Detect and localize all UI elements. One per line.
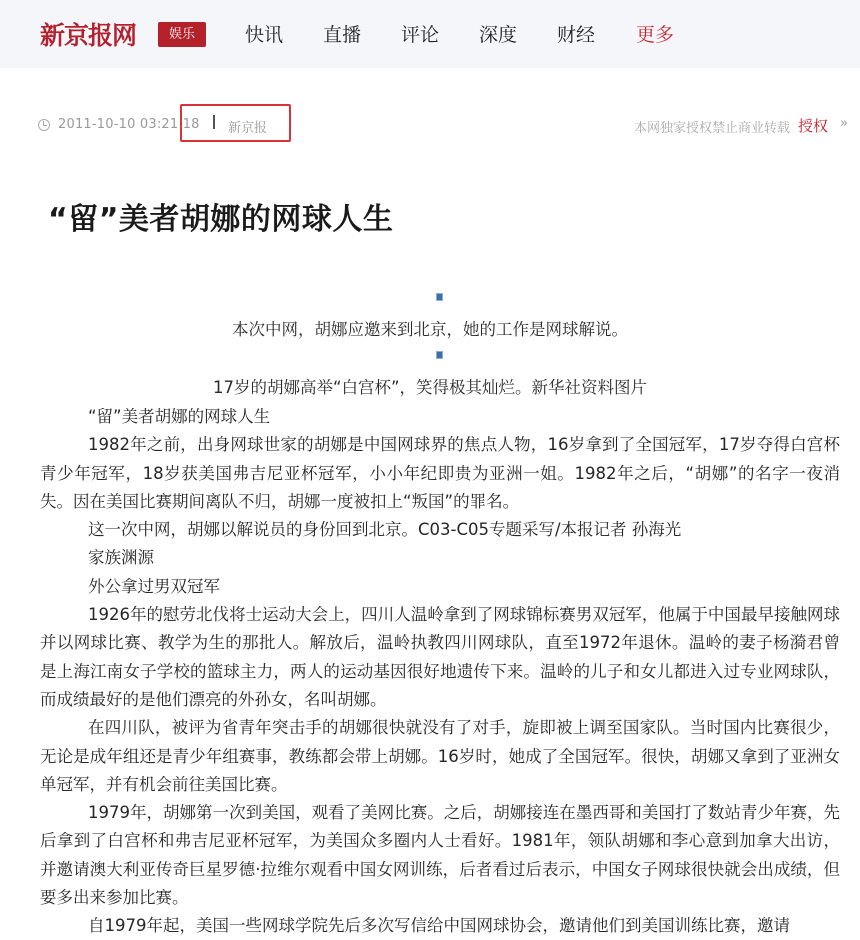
nav-item-shendu[interactable]: 深度 [479,20,517,47]
article-title: “留”美者胡娜的网球人生 [48,194,393,238]
authorize-link[interactable]: 授权 [798,115,828,136]
article-source: 新京报 [228,117,267,136]
nav-item-pinglun[interactable]: 评论 [401,20,439,47]
nav-item-kuaixun[interactable]: 快讯 [245,20,283,47]
paragraph: 在四川队，被评为省青年突击手的胡娜很快就没有了对手，旋即被上调至国家队。当时国内… [40,714,840,799]
image-placeholder-icon[interactable] [436,293,443,301]
article-body: “留”美者胡娜的网球人生 1982年之前，出身网球世家的胡娜是中国网球界的焦点人… [40,403,840,940]
paragraph: 这一次中网，胡娜以解说员的身份回到北京。C03-C05专题采写/本报记者 孙海光 [40,516,840,544]
paragraph: 1926年的慰劳北伐将士运动大会上，四川人温岭拿到了网球锦标赛男双冠军，他属于中… [40,601,840,714]
section-subheading: 外公拿过男双冠军 [40,573,840,601]
clock-icon [38,119,50,131]
paragraph: 1979年，胡娜第一次到美国，观看了美网比赛。之后，胡娜接连在墨西哥和美国打了数… [40,799,840,912]
nav-item-caijing[interactable]: 财经 [557,20,595,47]
nav-item-zhibo[interactable]: 直播 [323,20,361,47]
paragraph: 1982年之前，出身网球世家的胡娜是中国网球界的焦点人物，16岁拿到了全国冠军，… [40,431,840,516]
meta-divider [213,115,215,129]
site-logo[interactable]: 新京报网 [40,16,136,52]
image-caption: 本次中网，胡娜应邀来到北京，她的工作是网球解说。 [0,316,860,340]
paragraph: 自1979年起，美国一些网球学院先后多次写信给中国网球协会，邀请他们到美国训练比… [40,912,840,940]
copyright-note: 本网独家授权禁止商业转载 [634,117,790,136]
section-heading: 家族渊源 [40,544,840,572]
image-caption: 17岁的胡娜高举“白宫杯”，笑得极其灿烂。新华社资料图片 [0,374,860,398]
double-chevron-right-icon[interactable]: » [840,116,848,131]
publish-date: 2011-10-10 03:21 18 [58,117,200,132]
article-meta: 2011-10-10 03:21 18 新京报 本网独家授权禁止商业转载 授权 … [38,115,848,139]
article-subtitle: “留”美者胡娜的网球人生 [40,403,840,431]
nav-item-more[interactable]: 更多 [636,20,674,47]
image-placeholder-icon[interactable] [436,351,443,359]
channel-badge[interactable]: 娱乐 [158,22,206,47]
top-navigation-bar: 新京报网 娱乐 快讯 直播 评论 深度 财经 更多 [0,0,860,68]
